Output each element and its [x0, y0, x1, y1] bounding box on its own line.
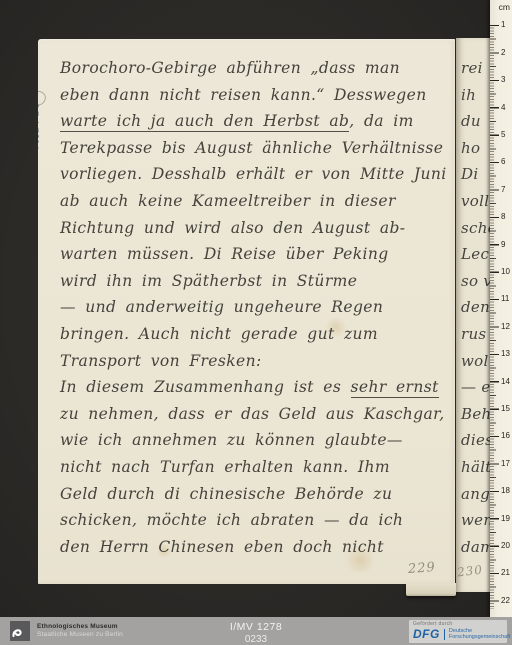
- letter-line: warten müssen. Di Reise über Peking: [60, 241, 453, 268]
- letter-line-text: schicken, möchte ich abraten — da ich: [60, 511, 403, 529]
- museum-name: Ethnologisches Museum: [37, 623, 123, 631]
- ruler-number: 16: [501, 422, 512, 449]
- pencil-page-number-229: 229: [408, 560, 437, 577]
- letter-line: schicken, möchte ich abraten — da ich: [60, 507, 453, 534]
- ruler-number: 3: [501, 66, 512, 93]
- ruler-number: 10: [501, 258, 512, 285]
- letter-line-text: Geld durch di chinesische Behörde zu: [60, 485, 392, 503]
- letter-line-text: bringen. Auch nicht gerade gut zum: [60, 325, 378, 343]
- museum-text-block: Ethnologisches Museum Staatliche Museen …: [37, 623, 123, 639]
- letter-line: ab auch keine Kameeltreiber in dieser: [60, 188, 453, 215]
- letter-line-text: Terekpasse bis August ähnliche Verhältni…: [60, 139, 443, 157]
- letter-line-text: wird ihn im Spätherbst in Stürme: [60, 272, 357, 290]
- letter-line-text: zu nehmen, dass er das Geld aus Kaschgar…: [60, 405, 445, 423]
- ruler-number: 8: [501, 203, 512, 230]
- image-number: 0233: [230, 634, 282, 645]
- letter-line-text: Transport von Fresken:: [60, 352, 262, 370]
- footer-bar: Ethnologisches Museum Staatliche Museen …: [0, 617, 512, 645]
- letter-line: zu nehmen, dass er das Geld aus Kaschgar…: [60, 401, 453, 428]
- ruler-number: 13: [501, 340, 512, 367]
- letter-line: Geld durch di chinesische Behörde zu: [60, 481, 453, 508]
- ruler-number: 22: [501, 587, 512, 614]
- letter-line-underlined-text: sehr ernst: [351, 378, 439, 398]
- ruler-number: 1: [501, 11, 512, 38]
- page-fold-tab: [406, 583, 456, 596]
- ruler-number: 14: [501, 367, 512, 394]
- object-identifier-block: I/MV 1278 0233: [230, 621, 282, 645]
- letter-line-text: In diesem Zusammenhang ist es: [60, 378, 351, 396]
- letter-line: den Herrn Chinesen eben doch nicht: [60, 534, 453, 561]
- letter-line: warte ich ja auch den Herbst ab, da im: [60, 108, 453, 135]
- margin-inventory-code-upper: 7A5780: [38, 85, 42, 165]
- letter-line: Transport von Fresken:: [60, 348, 453, 375]
- letter-line-text: nicht nach Turfan erhalten kann. Ihm: [60, 458, 390, 476]
- ruler-number: 18: [501, 477, 512, 504]
- letter-line-text: wie ich annehmen zu können glaubte—: [60, 431, 403, 449]
- letter-line: In diesem Zusammenhang ist es sehr ernst: [60, 374, 453, 401]
- pencil-page-number-230: 230: [456, 562, 483, 579]
- ruler: cm 1 2 3 4 5 6 7 8 9 10 1: [490, 0, 512, 617]
- letter-line-underlined-text: warte ich ja auch den Herbst ab: [60, 112, 349, 132]
- inventory-id: I/MV 1278: [230, 621, 282, 633]
- funder-name: Deutsche Forschungsgemeinschaft: [445, 628, 501, 640]
- ruler-number: 21: [501, 559, 512, 586]
- letter-line-text: Richtung und wird also den August ab-: [60, 219, 405, 237]
- ruler-number: 19: [501, 504, 512, 531]
- letter-line: — und anderweitig ungeheure Regen: [60, 294, 453, 321]
- letter-line: Terekpasse bis August ähnliche Verhältni…: [60, 135, 453, 162]
- letter-line: Borochoro-Gebirge abführen „dass man: [60, 55, 453, 82]
- letter-line: nicht nach Turfan erhalten kann. Ihm: [60, 454, 453, 481]
- museum-organization: Staatliche Museen zu Berlin: [37, 631, 123, 639]
- ruler-cm-ticks: [490, 25, 499, 609]
- letter-line: wie ich annehmen zu können glaubte—: [60, 427, 453, 454]
- letter-line-text: ab auch keine Kameeltreiber in dieser: [60, 192, 396, 210]
- letter-line: bringen. Auch nicht gerade gut zum: [60, 321, 453, 348]
- letter-text: Borochoro-Gebirge abführen „dass man ebe…: [60, 55, 453, 560]
- ruler-number: 9: [501, 230, 512, 257]
- ruler-number: 4: [501, 93, 512, 120]
- dfg-logo-row: DFG Deutsche Forschungsgemeinschaft: [413, 628, 503, 640]
- ruler-number: 17: [501, 450, 512, 477]
- ruler-number: 2: [501, 39, 512, 66]
- dfg-logo-icon: DFG: [413, 629, 445, 640]
- letter-line-text: — und anderweitig ungeheure Regen: [60, 298, 383, 316]
- ruler-number: 15: [501, 395, 512, 422]
- letter-page: Borochoro-Gebirge abführen „dass man ebe…: [38, 39, 455, 584]
- letter-line: eben dann nicht reisen kann.“ Desswegen: [60, 82, 453, 109]
- letter-line-text: vorliegen. Desshalb erhält er von Mitte …: [60, 165, 447, 183]
- smb-museum-logo-icon: [10, 621, 30, 641]
- letter-line-text: Borochoro-Gebirge abführen „dass man: [60, 59, 400, 77]
- letter-line-text: , da im: [349, 112, 413, 130]
- dfg-logo-block: Gefördert durch DFG Deutsche Forschungsg…: [409, 620, 507, 643]
- ruler-number: 11: [501, 285, 512, 312]
- ruler-number: 6: [501, 148, 512, 175]
- letter-line: wird ihn im Spätherbst in Stürme: [60, 268, 453, 295]
- scan-viewer-background: Borochoro-Gebirge abführen „dass man ebe…: [0, 0, 512, 645]
- letter-line-text: warten müssen. Di Reise über Peking: [60, 245, 389, 263]
- letter-line-text: eben dann nicht reisen kann.“ Desswegen: [60, 86, 427, 104]
- margin-inventory-code-lower: 7882: [38, 481, 39, 541]
- ruler-number: 7: [501, 176, 512, 203]
- ruler-number: 20: [501, 532, 512, 559]
- ruler-number-scale: 1 2 3 4 5 6 7 8 9 10 11 12: [501, 11, 512, 614]
- ruler-number: 5: [501, 121, 512, 148]
- letter-line: vorliegen. Desshalb erhält er von Mitte …: [60, 161, 453, 188]
- letter-line: Richtung und wird also den August ab-: [60, 215, 453, 242]
- ruler-number: 12: [501, 313, 512, 340]
- letter-line-text: den Herrn Chinesen eben doch nicht: [60, 538, 384, 556]
